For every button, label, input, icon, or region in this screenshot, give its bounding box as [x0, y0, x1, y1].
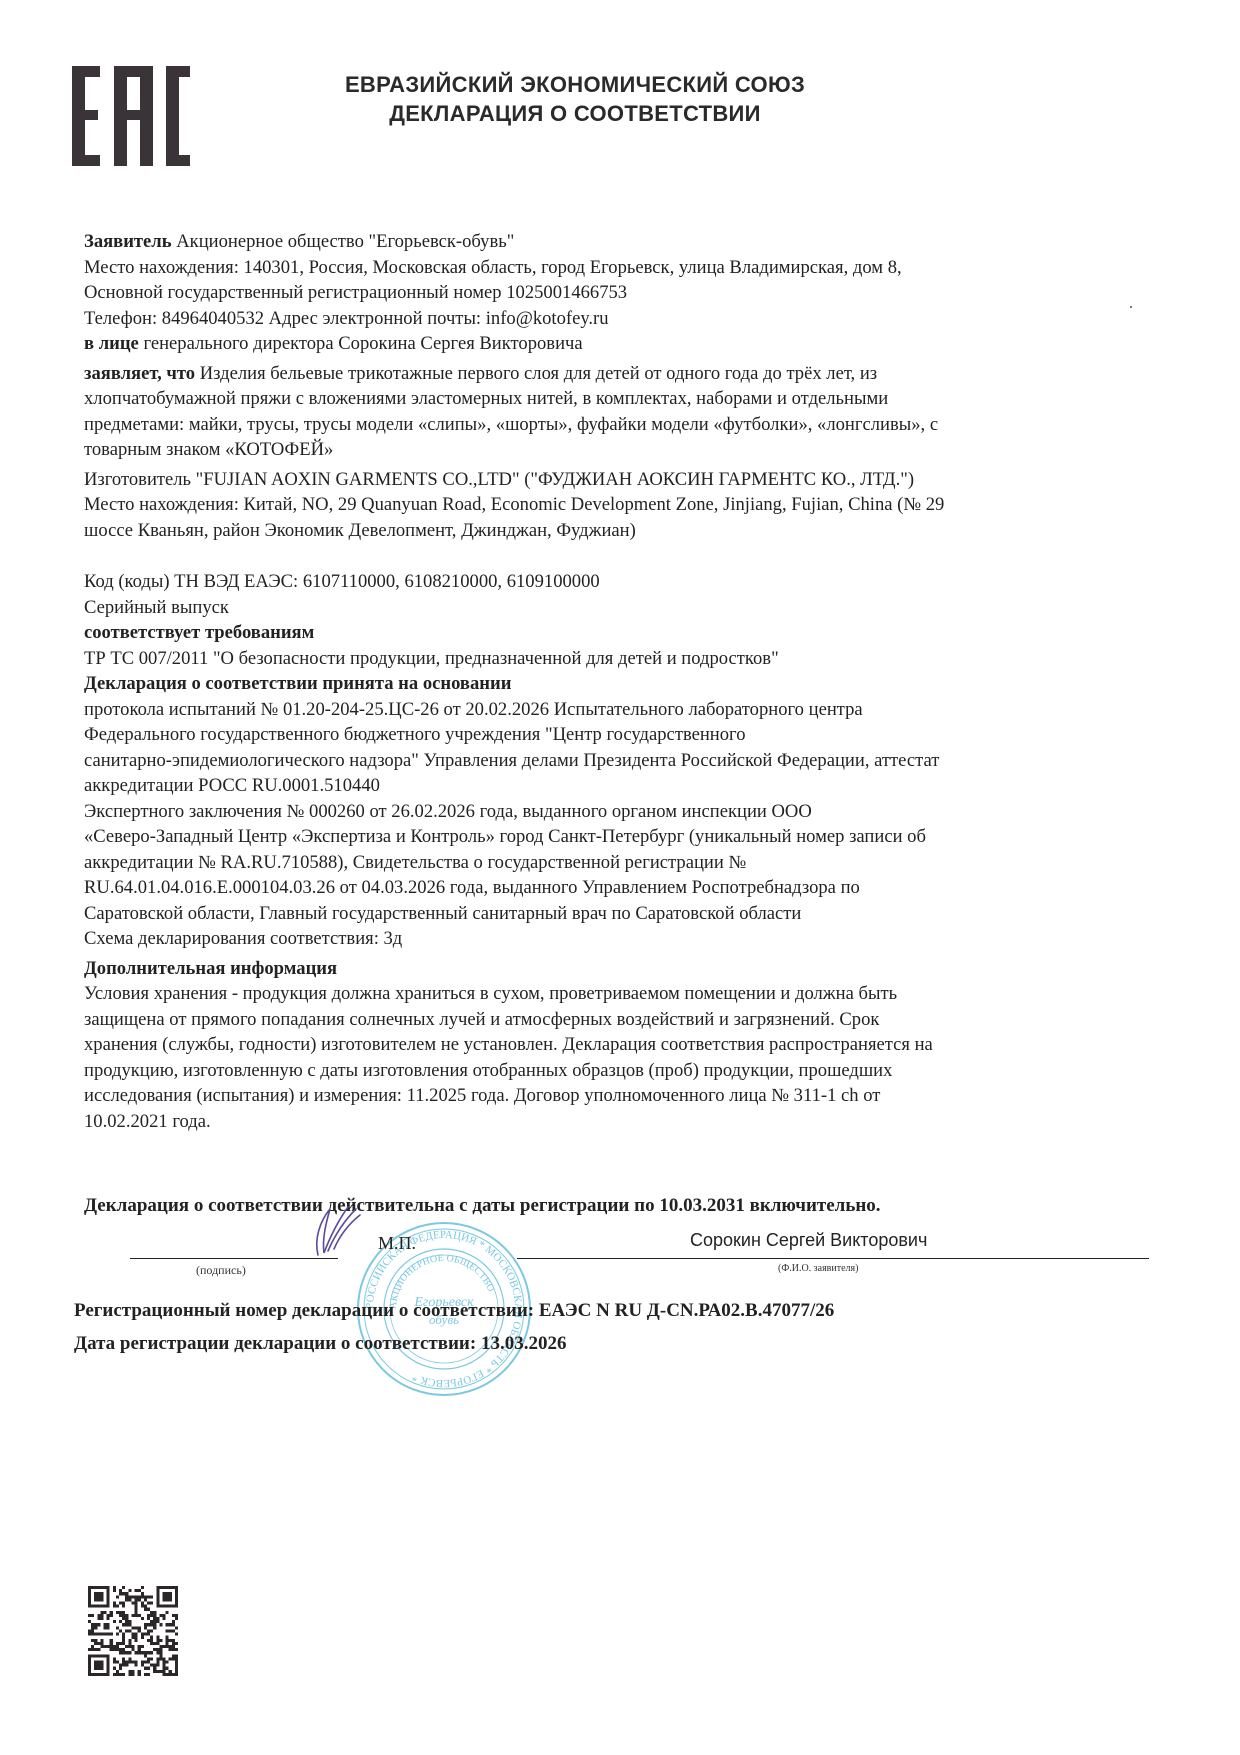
- applicant-reg-number: Основной государственный регистрационный…: [84, 280, 1164, 306]
- signer-name: Сорокин Сергей Викторович: [690, 1230, 927, 1251]
- declares-line-1: заявляет, что Изделия бельевые трикотажн…: [84, 361, 1164, 387]
- basis-line: RU.64.01.04.016.Е.000104.03.26 от 04.03.…: [84, 875, 1164, 901]
- signature-caption: (подпись): [196, 1263, 246, 1278]
- additional-line: исследования (испытания) и измерения: 11…: [84, 1083, 1164, 1109]
- header-union-title: ЕВРАЗИЙСКИЙ ЭКОНОМИЧЕСКИЙ СОЮЗ: [270, 70, 880, 99]
- signature-icon: [300, 1203, 362, 1259]
- basis-line: Экспертного заключения № 000260 от 26.02…: [84, 799, 1164, 825]
- applicant-label: Заявитель: [84, 231, 172, 252]
- basis-heading: Декларация о соответствии принята на осн…: [84, 671, 1164, 697]
- additional-line: Условия хранения - продукция должна хран…: [84, 981, 1164, 1007]
- additional-line: 10.02.2021 года.: [84, 1109, 1164, 1135]
- requirements-heading: соответствует требованиям: [84, 620, 1164, 646]
- applicant-contacts: Телефон: 84964040532 Адрес электронной п…: [84, 306, 1164, 332]
- declares-label: заявляет, что: [84, 363, 195, 384]
- additional-heading: Дополнительная информация: [84, 956, 1164, 982]
- declaration-body: Заявитель Акционерное общество "Егорьевс…: [84, 229, 1164, 1134]
- applicant-name: Акционерное общество "Егорьевск-обувь": [172, 231, 515, 252]
- signer-caption: (Ф.И.О. заявителя): [778, 1263, 858, 1274]
- basis-line: Федерального государственного бюджетного…: [84, 722, 1164, 748]
- signer-name-line: [517, 1258, 1149, 1259]
- requirements-text: ТР ТС 007/2011 "О безопасности продукции…: [84, 646, 1164, 672]
- additional-line: защищена от прямого попадания солнечных …: [84, 1007, 1164, 1033]
- represented-by: генерального директора Сорокина Сергея В…: [139, 333, 583, 354]
- qr-code-icon: [88, 1586, 178, 1676]
- basis-line: Саратовской области, Главный государстве…: [84, 901, 1164, 927]
- header-declaration-title: ДЕКЛАРАЦИЯ О СООТВЕТСТВИИ: [270, 99, 880, 128]
- basis-line: аккредитации РОСС RU.0001.510440: [84, 773, 1164, 799]
- manufacturer-address-1: Место нахождения: Китай, NO, 29 Quanyuan…: [84, 492, 1164, 518]
- registration-date: Дата регистрации декларации о соответств…: [74, 1333, 566, 1355]
- manufacturer-address-2: шоссе Кваньян, район Экономик Девелопмен…: [84, 518, 1164, 544]
- declares-line-3: предметами: майки, трусы, трусы модели «…: [84, 412, 1164, 438]
- basis-line: санитарно-эпидемиологического надзора" У…: [84, 748, 1164, 774]
- additional-line: хранения (службы, годности) изготовителе…: [84, 1032, 1164, 1058]
- basis-line: «Северо-Западный Центр «Экспертиза и Кон…: [84, 824, 1164, 850]
- applicant-address: Место нахождения: 140301, Россия, Москов…: [84, 255, 1164, 281]
- production-type: Серийный выпуск: [84, 595, 1164, 621]
- basis-line: протокола испытаний № 01.20-204-25.ЦС-26…: [84, 697, 1164, 723]
- represented-label: в лице: [84, 333, 139, 354]
- document-header: ЕВРАЗИЙСКИЙ ЭКОНОМИЧЕСКИЙ СОЮЗ ДЕКЛАРАЦИ…: [270, 70, 880, 128]
- eac-logo-icon: [72, 66, 190, 166]
- manufacturer-name: Изготовитель "FUJIAN AOXIN GARMENTS CO.,…: [84, 467, 1164, 493]
- registration-number: Регистрационный номер декларации о соотв…: [74, 1300, 834, 1322]
- represented-line: в лице генерального директора Сорокина С…: [84, 331, 1164, 357]
- validity-statement: Декларация о соответствии действительна …: [84, 1195, 881, 1217]
- tn-ved-codes: Код (коды) ТН ВЭД ЕАЭС: 6107110000, 6108…: [84, 569, 1164, 595]
- signature-line: [130, 1258, 338, 1259]
- applicant-line: Заявитель Акционерное общество "Егорьевс…: [84, 229, 1164, 255]
- declaration-scheme: Схема декларирования соответствия: 3д: [84, 926, 1164, 952]
- seal-place-label: М.П.: [378, 1233, 416, 1254]
- additional-line: продукцию, изготовленную с даты изготовл…: [84, 1058, 1164, 1084]
- basis-line: аккредитации № RA.RU.710588), Свидетельс…: [84, 850, 1164, 876]
- declares-line-4: товарным знаком «КОТОФЕЙ»: [84, 437, 1164, 463]
- declares-line-2: хлопчатобумажной пряжи с вложениями элас…: [84, 386, 1164, 412]
